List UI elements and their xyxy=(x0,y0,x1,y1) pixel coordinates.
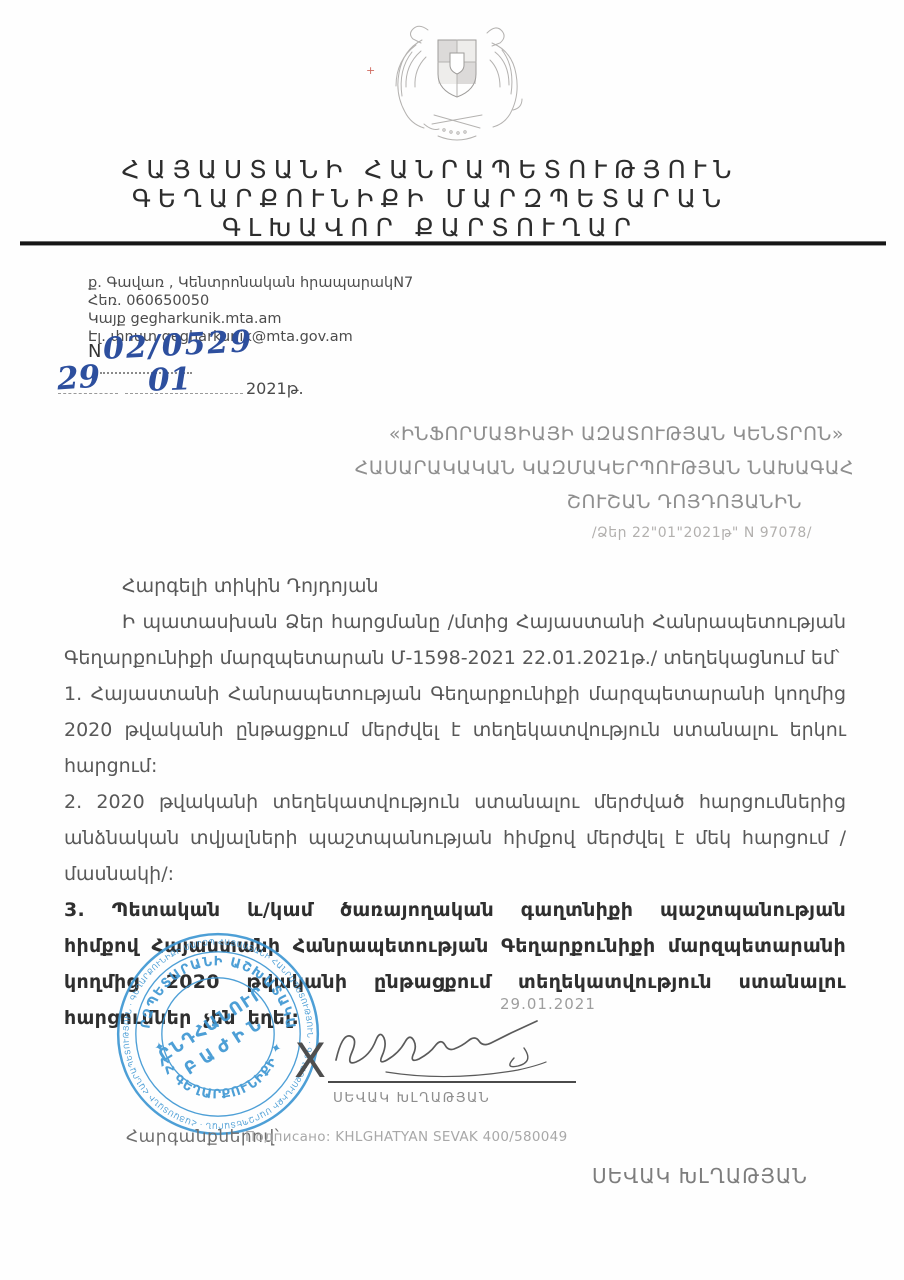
signature-date: 29.01.2021 xyxy=(500,995,596,1013)
office-title: ԳԼԽԱՎՈՐ ՔԱՐՏՈՒՂԱՐ xyxy=(0,213,860,242)
eagle-head-path xyxy=(411,26,429,43)
country-name: ՀԱՅԱՍՏԱՆԻ ՀԱՆՐԱՊԵՏՈՒԹՅՈՒՆ xyxy=(0,155,860,184)
date-dashed-line xyxy=(58,393,118,394)
year-printed: 2021թ. xyxy=(246,379,304,398)
intro-paragraph: Ի պատասխան Ձեր հարցմանը /մտից Հայաստանի … xyxy=(64,604,846,676)
signature-x-mark: X xyxy=(294,1034,326,1089)
armenia-coat-of-arms xyxy=(372,12,542,146)
day-handwritten: 29 xyxy=(56,359,102,398)
signature-line xyxy=(328,1081,576,1083)
point-1: 1. Հայաստանի Հանրապետության Գեղարքունիքի… xyxy=(64,676,846,784)
digital-signature-note: Подписано: KHLGHATYAN SEVAK 400/580049 xyxy=(245,1129,567,1145)
point-2: 2. 2020 թվականի տեղեկատվություն ստանալու… xyxy=(64,784,846,892)
signer-name: ՍԵՎԱԿ ԽԼՂԱԹՅԱՆ xyxy=(333,1090,490,1106)
phone-number: Հեռ. 060650050 xyxy=(88,292,413,310)
addressee-block: «ԻՆՖՈՐՄԱՑԻԱՅԻ ԱԶԱՏՈՒԹՅԱՆ ԿԵՆՏՐՈՆ» ՀԱՍԱՐԱ… xyxy=(355,423,854,541)
lion-head-path xyxy=(487,28,504,46)
letterhead: ՀԱՅԱՍՏԱՆԻ ՀԱՆՐԱՊԵՏՈՒԹՅՈՒՆ ԳԵՂԱՐՔՈՒՆԻՔԻ Մ… xyxy=(0,155,860,242)
signer-name-bottom: ՍԵՎԱԿ ԽԼՂԱԹՅԱՆ xyxy=(592,1164,808,1188)
header-rule xyxy=(20,241,886,246)
handwritten-signature xyxy=(328,1018,580,1088)
official-round-stamp: ՀԱՅԱՍՏԱՆԻ ՀԱՆՐԱՊԵՏՈՒԹՅՈՒՆ · ԳԵՂԱՐՔՈՒՆԻՔԻ… xyxy=(114,930,322,1138)
addressee-organization: «ԻՆՖՈՐՄԱՑԻԱՅԻ ԱԶԱՏՈՒԹՅԱՆ ԿԵՆՏՐՈՆ» xyxy=(355,423,844,445)
incoming-reference: /Ձեր 22"01"2021թ" N 97078/ xyxy=(355,525,812,541)
postal-address: ք. Գավառ , Կենտրոնական հրապարակN7 xyxy=(88,274,413,292)
administration-name: ԳԵՂԱՐՔՈՒՆԻՔԻ ՄԱՐԶՊԵՏԱՐԱՆ xyxy=(0,184,860,213)
addressee-name: ՇՈՒՇԱՆ ԴՈՅԴՈՅԱՆԻՆ xyxy=(355,491,802,513)
outgoing-number-handwritten: 02/0529 xyxy=(102,324,254,367)
date-dashed-line-2 xyxy=(125,393,243,394)
salutation: Հարգելի տիկին Դոյդոյան xyxy=(64,568,846,604)
scanned-letter-page: + xyxy=(0,0,904,1280)
addressee-role: ՀԱՍԱՐԱԿԱԿԱՆ ԿԱԶՄԱԿԵՐՊՈՒԹՅԱՆ ՆԱԽԱԳԱՀ xyxy=(355,457,854,479)
